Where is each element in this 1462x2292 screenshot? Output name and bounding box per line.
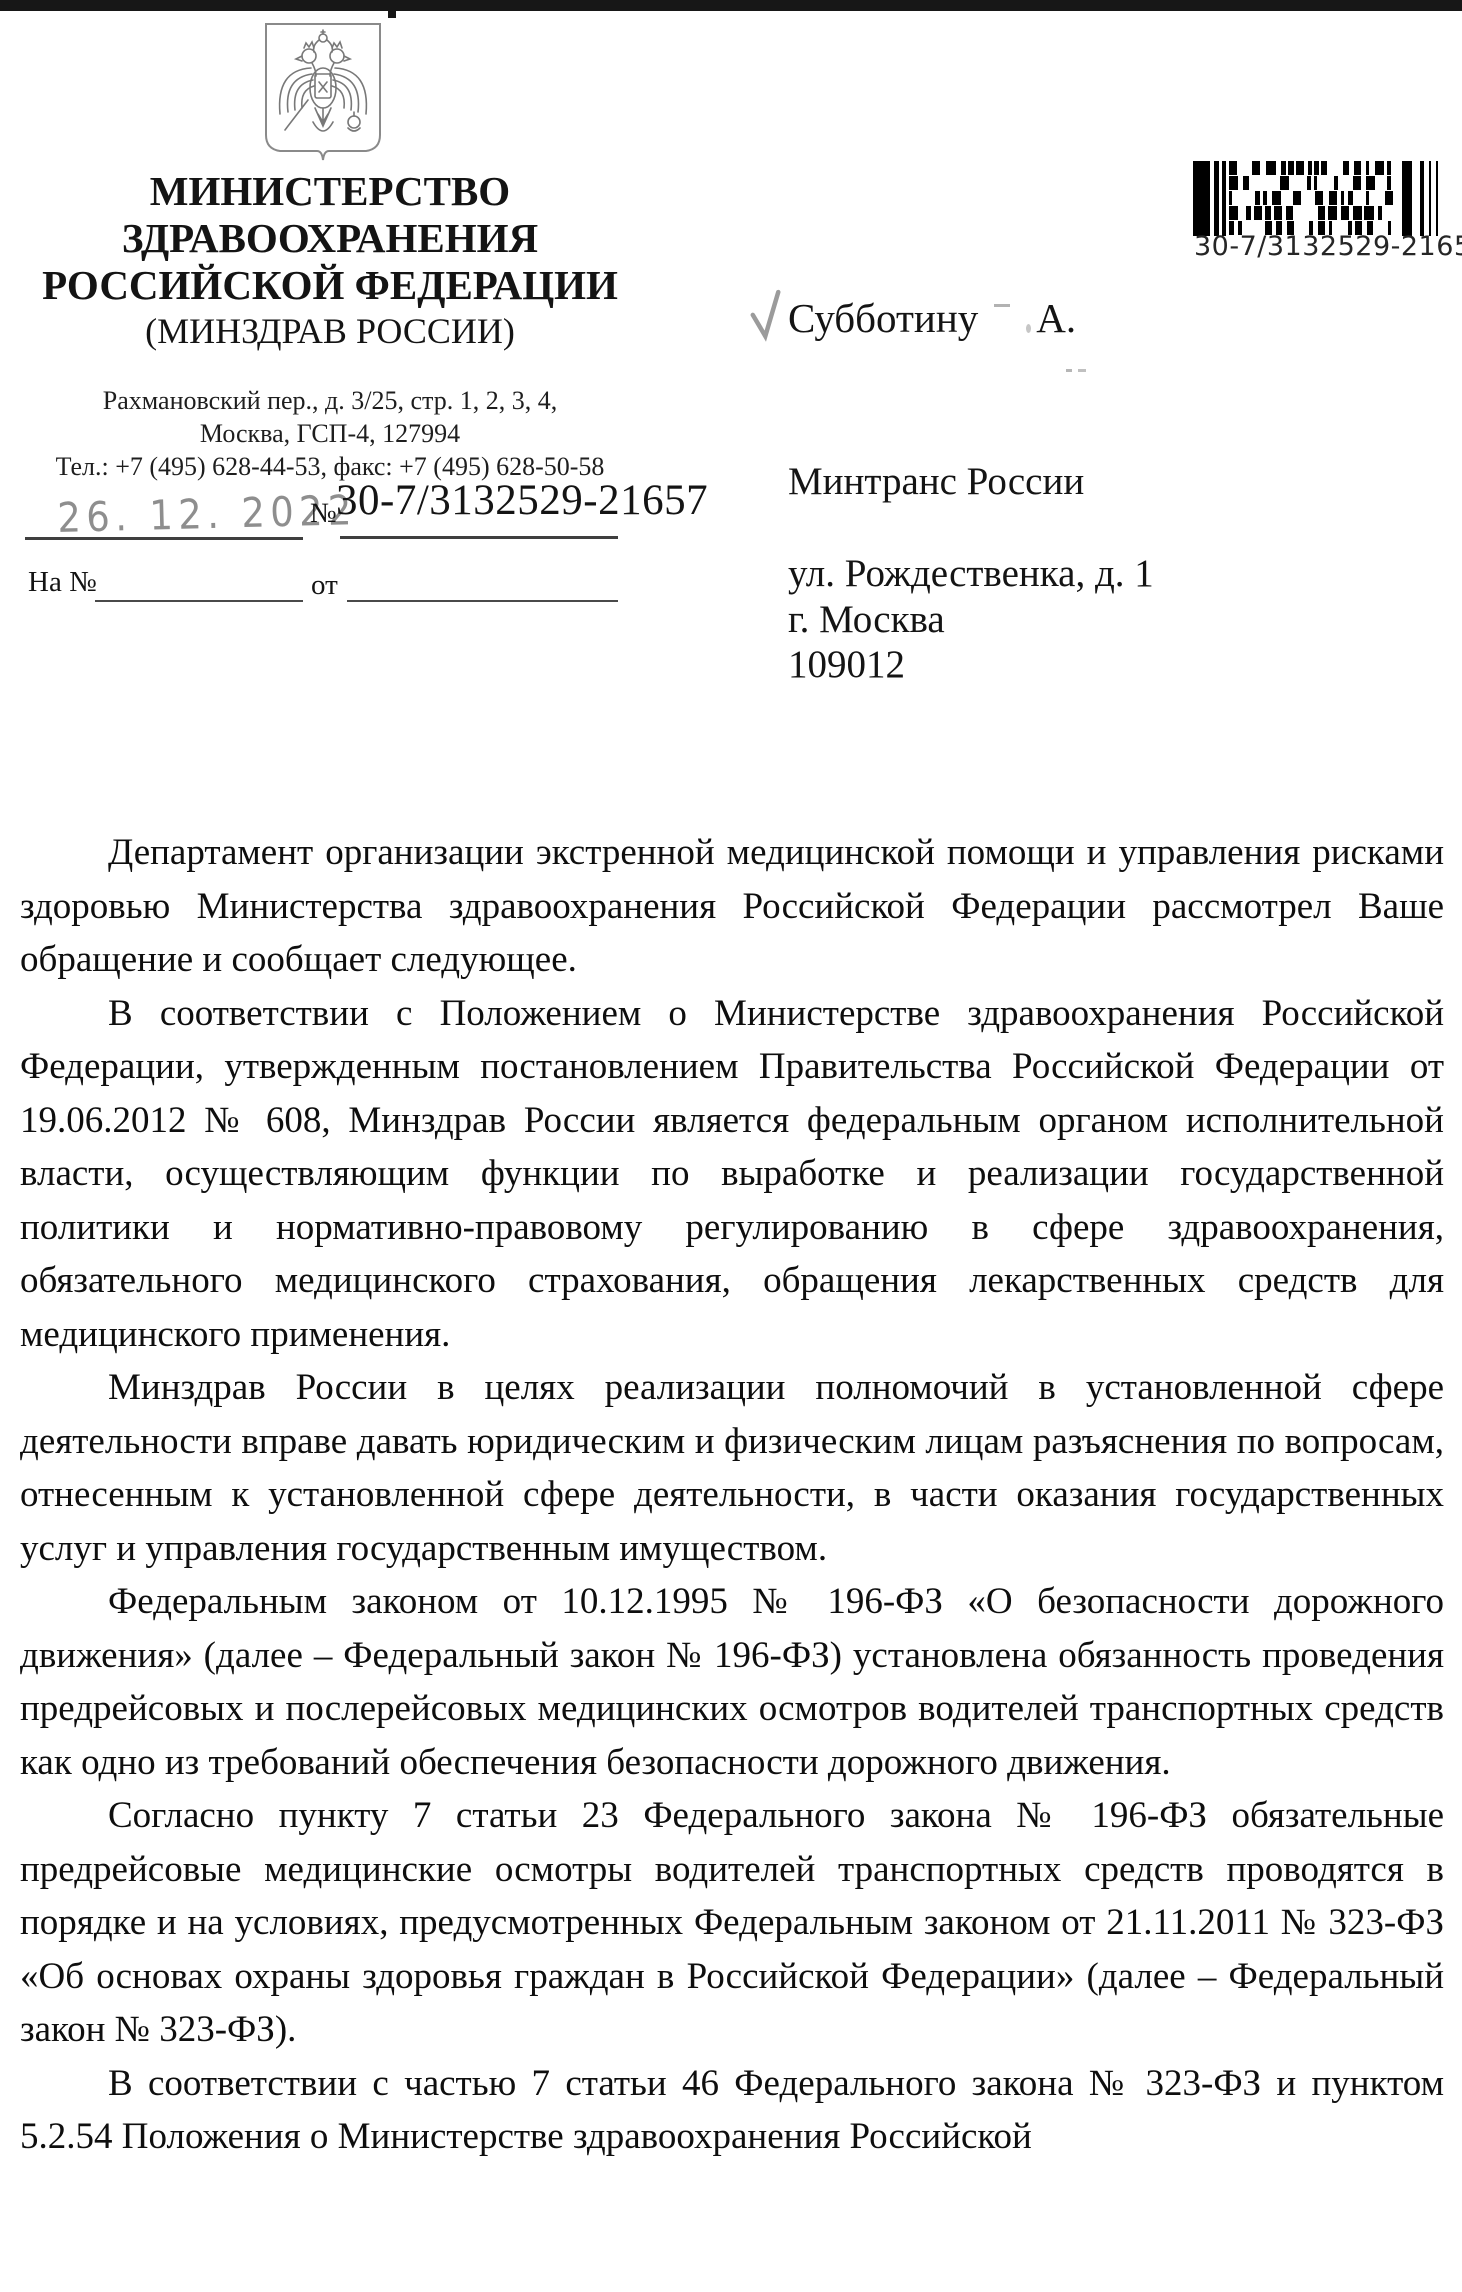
body-paragraph: В соответствии с Положением о Министерст… [20, 987, 1444, 1362]
ministry-address-line: Москва, ГСП-4, 127994 [28, 417, 632, 450]
outgoing-number: 30-7/3132529-21657 [336, 476, 708, 525]
scan-artifact-speck [1026, 324, 1031, 333]
body-paragraph: В соответствии с частью 7 статьи 46 Феде… [20, 2057, 1444, 2164]
recipient-initial: А. [1036, 295, 1076, 341]
recipient-organization: Минтранс России [788, 459, 1084, 504]
barcode-start-pattern [1193, 161, 1229, 236]
scanned-letter-page: МИНИСТЕРСТВО ЗДРАВООХРАНЕНИЯ РОССИЙСКОЙ … [0, 0, 1462, 2292]
in-reply-date-line [347, 600, 618, 602]
in-reply-label: На № [28, 566, 97, 599]
russia-coat-of-arms-icon [261, 21, 385, 165]
ministry-name-line: МИНИСТЕРСТВО [28, 168, 632, 215]
letter-body: Департамент организации экстренной медиц… [20, 826, 1444, 2164]
barcode-modules [1229, 161, 1396, 236]
ministry-name: МИНИСТЕРСТВО ЗДРАВООХРАНЕНИЯ РОССИЙСКОЙ … [28, 168, 632, 353]
check-mark-annotation [746, 287, 786, 348]
in-reply-number-line [95, 600, 303, 602]
recipient-name: СубботинуА. [788, 294, 1076, 342]
date-line [25, 537, 303, 540]
recipient-city: г. Москва [788, 597, 945, 642]
number-label: № [310, 498, 337, 530]
ministry-short-name: (МИНЗДРАВ РОССИИ) [28, 309, 632, 353]
body-paragraph: Департамент организации экстренной медиц… [20, 826, 1444, 987]
barcode [1193, 161, 1442, 236]
ministry-name-line: РОССИЙСКОЙ ФЕДЕРАЦИИ [28, 262, 632, 309]
ministry-address-line: Рахмановский пер., д. 3/25, стр. 1, 2, 3… [28, 384, 632, 417]
scan-edge-artifact-tick [388, 11, 396, 18]
scan-edge-artifact [0, 0, 1462, 11]
barcode-caption: 30-7/3132529-21657 [1194, 231, 1462, 262]
recipient-surname: Субботину [788, 295, 978, 341]
barcode-stop-pattern [1396, 161, 1442, 236]
number-line [340, 536, 618, 539]
in-reply-from-label: от [311, 569, 338, 602]
recipient-street: ул. Рождественка, д. 1 [788, 551, 1154, 596]
ministry-contact-block: Рахмановский пер., д. 3/25, стр. 1, 2, 3… [28, 384, 632, 483]
scan-artifact-dots [1066, 369, 1086, 372]
recipient-postal-code: 109012 [788, 642, 905, 687]
body-paragraph: Согласно пункту 7 статьи 23 Федерального… [20, 1789, 1444, 2057]
scan-artifact-dash [994, 304, 1010, 307]
body-paragraph: Федеральным законом от 10.12.1995 № 196-… [20, 1575, 1444, 1789]
ministry-name-line: ЗДРАВООХРАНЕНИЯ [28, 215, 632, 262]
body-paragraph: Минздрав России в целях реализации полно… [20, 1361, 1444, 1575]
